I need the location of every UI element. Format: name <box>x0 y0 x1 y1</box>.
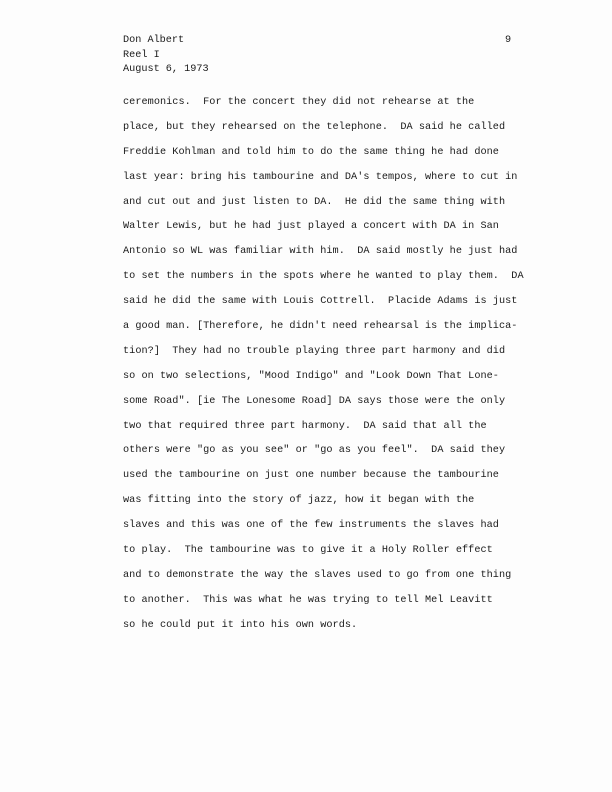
text-line: two that required three part harmony. DA… <box>123 415 593 440</box>
text-line: tion?] They had no trouble playing three… <box>123 340 593 365</box>
text-line: used the tambourine on just one number b… <box>123 464 593 489</box>
text-line: so he could put it into his own words. <box>123 614 593 639</box>
document-page: Don Albert Reel I August 6, 1973 9 cerem… <box>0 0 612 792</box>
text-line: last year: bring his tambourine and DA's… <box>123 166 593 191</box>
text-line: was fitting into the story of jazz, how … <box>123 489 593 514</box>
page-number: 9 <box>505 34 511 49</box>
text-line: and to demonstrate the way the slaves us… <box>123 564 593 589</box>
transcript-body: ceremonics. For the concert they did not… <box>123 91 593 639</box>
text-line: so on two selections, "Mood Indigo" and … <box>123 365 593 390</box>
text-line: and cut out and just listen to DA. He di… <box>123 191 593 216</box>
interviewee-name: Don Albert <box>123 34 209 49</box>
text-line: ceremonics. For the concert they did not… <box>123 91 593 116</box>
text-line: to another. This was what he was trying … <box>123 589 593 614</box>
text-line: to set the numbers in the spots where he… <box>123 265 593 290</box>
text-line: said he did the same with Louis Cottrell… <box>123 290 593 315</box>
text-line: others were "go as you see" or "go as yo… <box>123 439 593 464</box>
text-line: some Road". [ie The Lonesome Road] DA sa… <box>123 390 593 415</box>
text-line: Freddie Kohlman and told him to do the s… <box>123 141 593 166</box>
text-line: to play. The tambourine was to give it a… <box>123 539 593 564</box>
text-line: a good man. [Therefore, he didn't need r… <box>123 315 593 340</box>
text-line: place, but they rehearsed on the telepho… <box>123 116 593 141</box>
text-line: Walter Lewis, but he had just played a c… <box>123 215 593 240</box>
interview-date: August 6, 1973 <box>123 63 209 78</box>
text-line: Antonio so WL was familiar with him. DA … <box>123 240 593 265</box>
page-header: Don Albert Reel I August 6, 1973 <box>123 34 209 78</box>
text-line: slaves and this was one of the few instr… <box>123 514 593 539</box>
reel-number: Reel I <box>123 49 209 64</box>
